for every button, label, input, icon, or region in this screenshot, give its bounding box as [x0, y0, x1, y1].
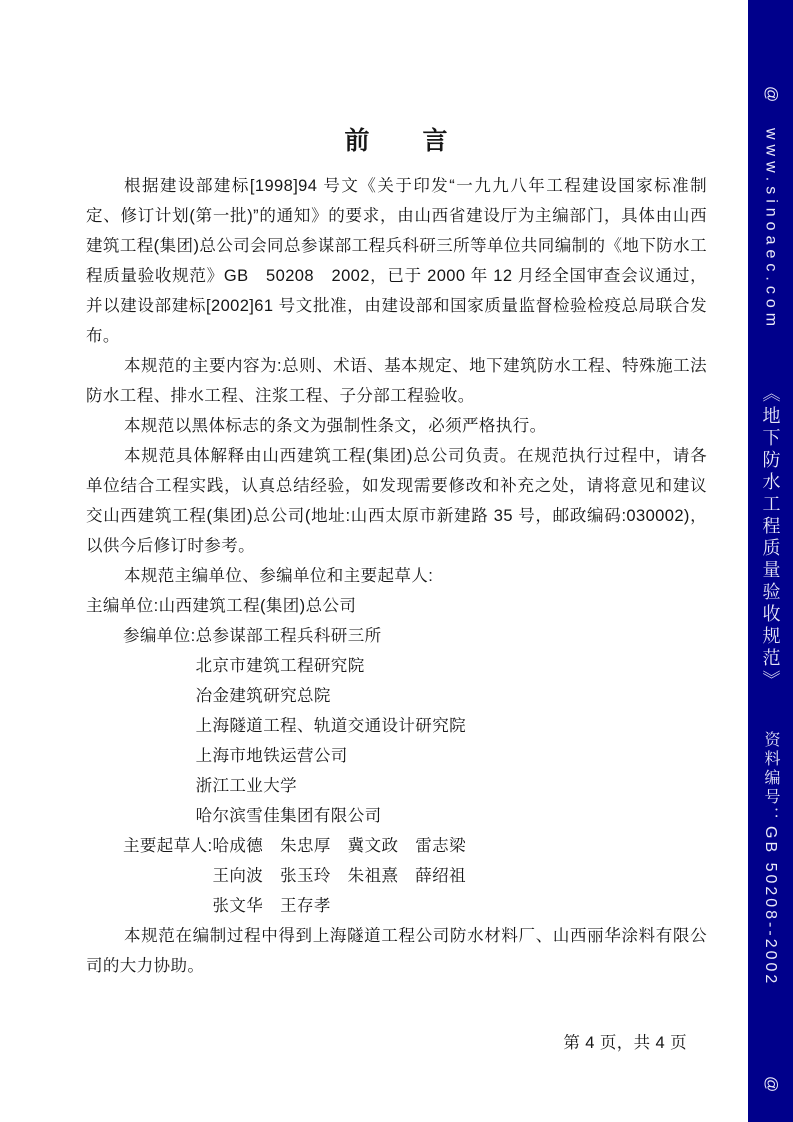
- chief-editor-line: 主编单位:山西建筑工程(集团)总公司: [86, 591, 707, 621]
- document-page: 前 言 根据建设部建标[1998]94 号文《关于印发“一九九八年工程建设国家标…: [0, 0, 793, 1122]
- drafters-row: 张文华 王存孝: [212, 891, 707, 921]
- co-editor-block: 参编单位: 总参谋部工程兵科研三所 北京市建筑工程研究院 冶金建筑研究总院 上海…: [123, 621, 707, 831]
- co-editor-label: 参编单位:: [123, 621, 196, 651]
- paragraph-acknowledgement: 本规范在编制过程中得到上海隧道工程公司防水材料厂、山西丽华涂料有限公司的大力协助…: [86, 921, 707, 981]
- co-editor-unit: 冶金建筑研究总院: [196, 681, 707, 711]
- drafters-row: 王向波 张玉玲 朱祖熹 薛绍祖: [212, 861, 707, 891]
- co-editor-unit: 哈尔滨雪佳集团有限公司: [196, 801, 707, 831]
- co-editor-list: 总参谋部工程兵科研三所 北京市建筑工程研究院 冶金建筑研究总院 上海隧道工程、轨…: [196, 621, 707, 831]
- sidebar: @ www.sinoaec.com 《地下防水工程质量验收规范》 资料编号：GB…: [748, 0, 793, 1122]
- at-icon-top: @: [762, 86, 780, 102]
- paragraph-interpretation: 本规范具体解释由山西建筑工程(集团)总公司负责。在规范执行过程中，请各单位结合工…: [86, 441, 707, 561]
- paragraph-editors-intro: 本规范主编单位、参编单位和主要起草人:: [86, 561, 707, 591]
- at-icon-bottom: @: [762, 1076, 780, 1092]
- co-editor-unit: 上海市地铁运营公司: [196, 741, 707, 771]
- drafters-label: 主要起草人:: [123, 831, 212, 861]
- sidebar-website: www.sinoaec.com: [762, 128, 780, 331]
- co-editor-unit: 浙江工业大学: [196, 771, 707, 801]
- doc-number-value: GB 50208--2002: [762, 826, 779, 986]
- doc-number-label: 资料编号：: [762, 731, 779, 826]
- co-editor-unit: 总参谋部工程兵科研三所: [196, 621, 707, 651]
- foreword-section: 前 言 根据建设部建标[1998]94 号文《关于印发“一九九八年工程建设国家标…: [86, 124, 707, 981]
- paragraph-contents: 本规范的主要内容为:总则、术语、基本规定、地下建筑防水工程、特殊施工法防水工程、…: [86, 351, 707, 411]
- drafters-block: 主要起草人: 哈成德 朱忠厚 冀文政 雷志梁 王向波 张玉玲 朱祖熹 薛绍祖 张…: [123, 831, 707, 921]
- co-editor-unit: 上海隧道工程、轨道交通设计研究院: [196, 711, 707, 741]
- paragraph-mandatory: 本规范以黑体标志的条文为强制性条文，必须严格执行。: [86, 411, 707, 441]
- paragraph-basis: 根据建设部建标[1998]94 号文《关于印发“一九九八年工程建设国家标准制定、…: [86, 171, 707, 351]
- page-title: 前 言: [86, 124, 707, 158]
- drafters-list: 哈成德 朱忠厚 冀文政 雷志梁 王向波 张玉玲 朱祖熹 薛绍祖 张文华 王存孝: [212, 831, 707, 921]
- sidebar-doc-number: 资料编号：GB 50208--2002: [759, 731, 782, 986]
- co-editor-unit: 北京市建筑工程研究院: [196, 651, 707, 681]
- drafters-row: 哈成德 朱忠厚 冀文政 雷志梁: [212, 831, 707, 861]
- sidebar-book-title: 《地下防水工程质量验收规范》: [758, 384, 784, 692]
- page-number: 第 4 页，共 4 页: [86, 1030, 707, 1056]
